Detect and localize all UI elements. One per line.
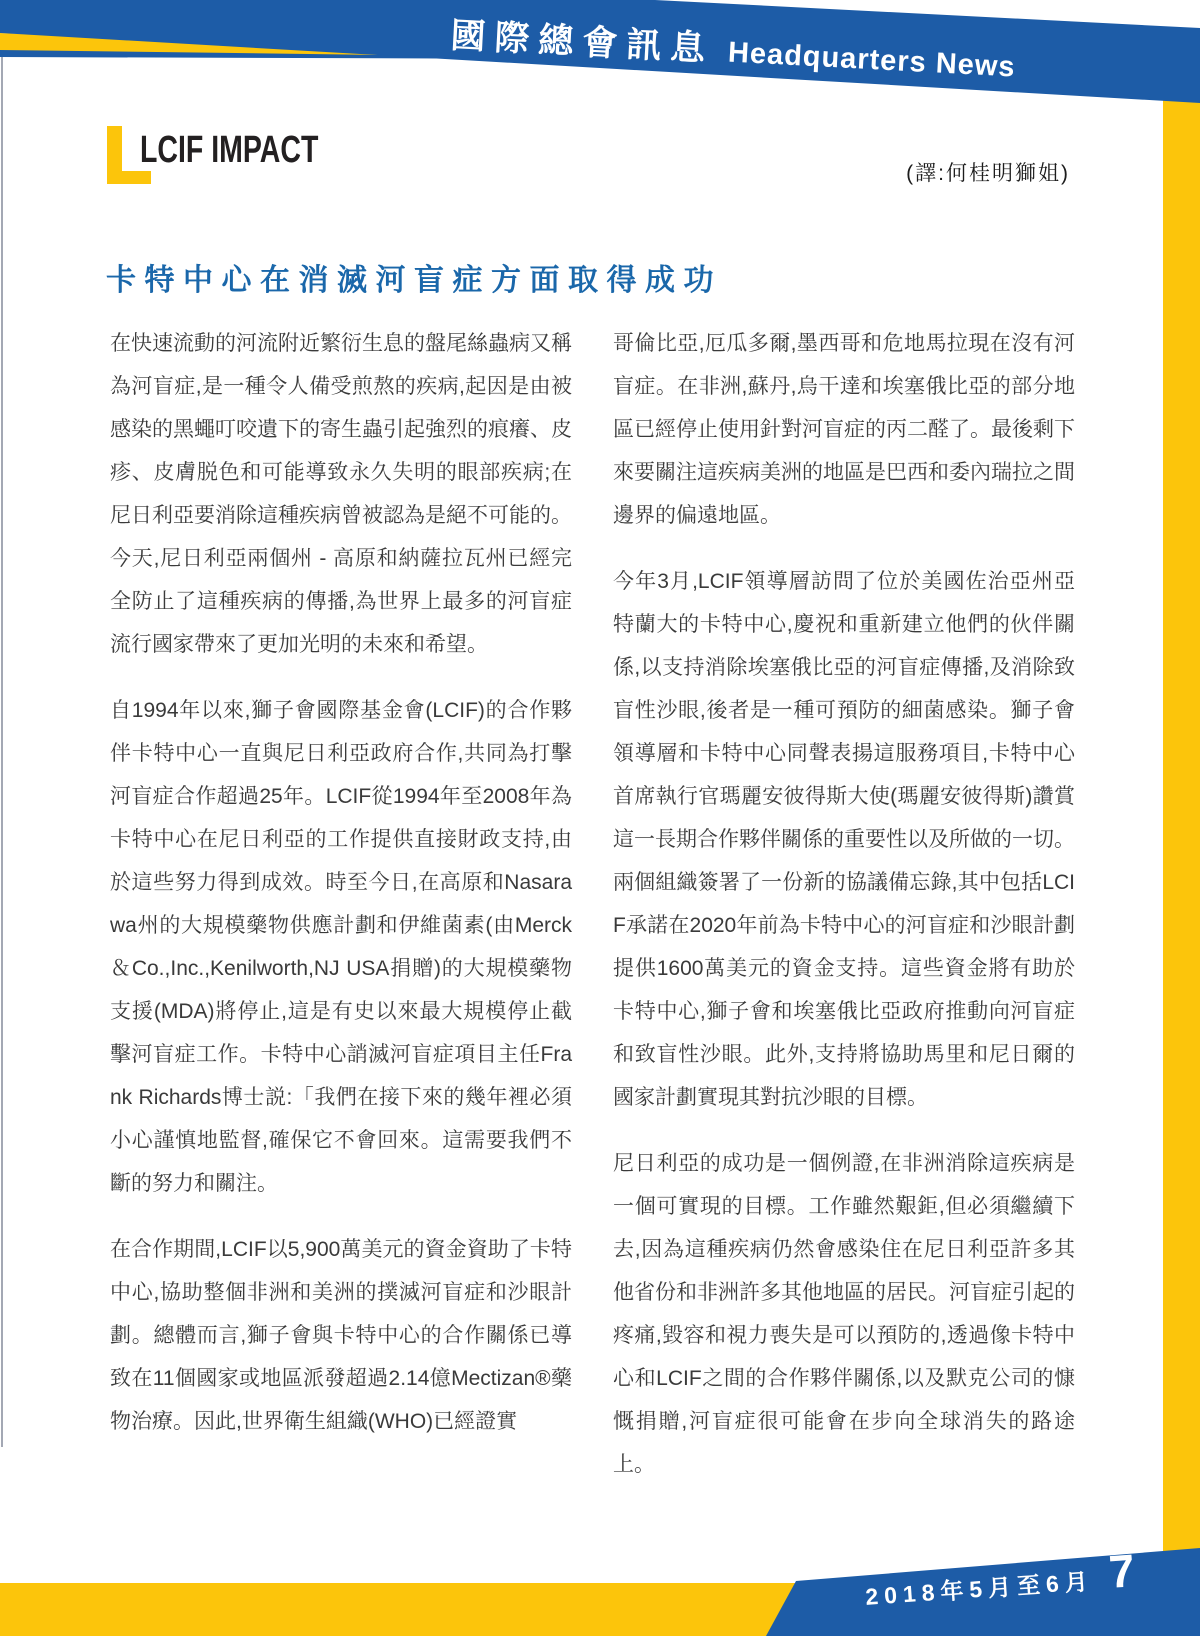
section-title: LCIF IMPACT — [140, 129, 318, 172]
body-paragraph: 今年3月,LCIF領導層訪問了位於美國佐治亞州亞特蘭大的卡特中心,慶祝和重新建立… — [613, 560, 1075, 1119]
footer-page-number: 7 — [1107, 1543, 1136, 1599]
left-column: 在快速流動的河流附近繁衍生息的盤尾絲蟲病又稱為河盲症,是一種令人備受煎熬的疾病,… — [110, 322, 572, 1466]
article-title: 卡特中心在消滅河盲症方面取得成功 — [106, 255, 722, 299]
body-paragraph: 哥倫比亞,厄瓜多爾,墨西哥和危地馬拉現在沒有河盲症。在非洲,蘇丹,烏干達和埃塞俄… — [613, 322, 1075, 537]
body-paragraph: 自1994年以來,獅子會國際基金會(LCIF)的合作夥伴卡特中心一直與尼日利亞政… — [110, 689, 572, 1205]
body-paragraph: 在合作期間,LCIF以5,900萬美元的資金資助了卡特中心,協助整個非洲和美洲的… — [110, 1228, 572, 1443]
footer-content: 2018年5月至6月 7 — [863, 1543, 1136, 1616]
right-edge-yellow-stripe — [1163, 88, 1200, 1600]
page-edge-line — [1, 57, 3, 1447]
right-column: 哥倫比亞,厄瓜多爾,墨西哥和危地馬拉現在沒有河盲症。在非洲,蘇丹,烏干達和埃塞俄… — [613, 322, 1075, 1509]
translator-credit: (譯:何桂明獅姐) — [906, 157, 1070, 187]
magazine-page: 國際總會訊息 Headquarters News LCIF IMPACT (譯:… — [0, 0, 1200, 1636]
footer-issue-date: 2018年5月至6月 — [864, 1563, 1094, 1612]
footer-blue-banner: 2018年5月至6月 7 — [758, 1540, 1200, 1636]
body-paragraph: 尼日利亞的成功是一個例證,在非洲消除這疾病是一個可實現的目標。工作雖然艱鉅,但必… — [613, 1142, 1075, 1486]
body-paragraph: 在快速流動的河流附近繁衍生息的盤尾絲蟲病又稱為河盲症,是一種令人備受煎熬的疾病,… — [110, 322, 572, 666]
